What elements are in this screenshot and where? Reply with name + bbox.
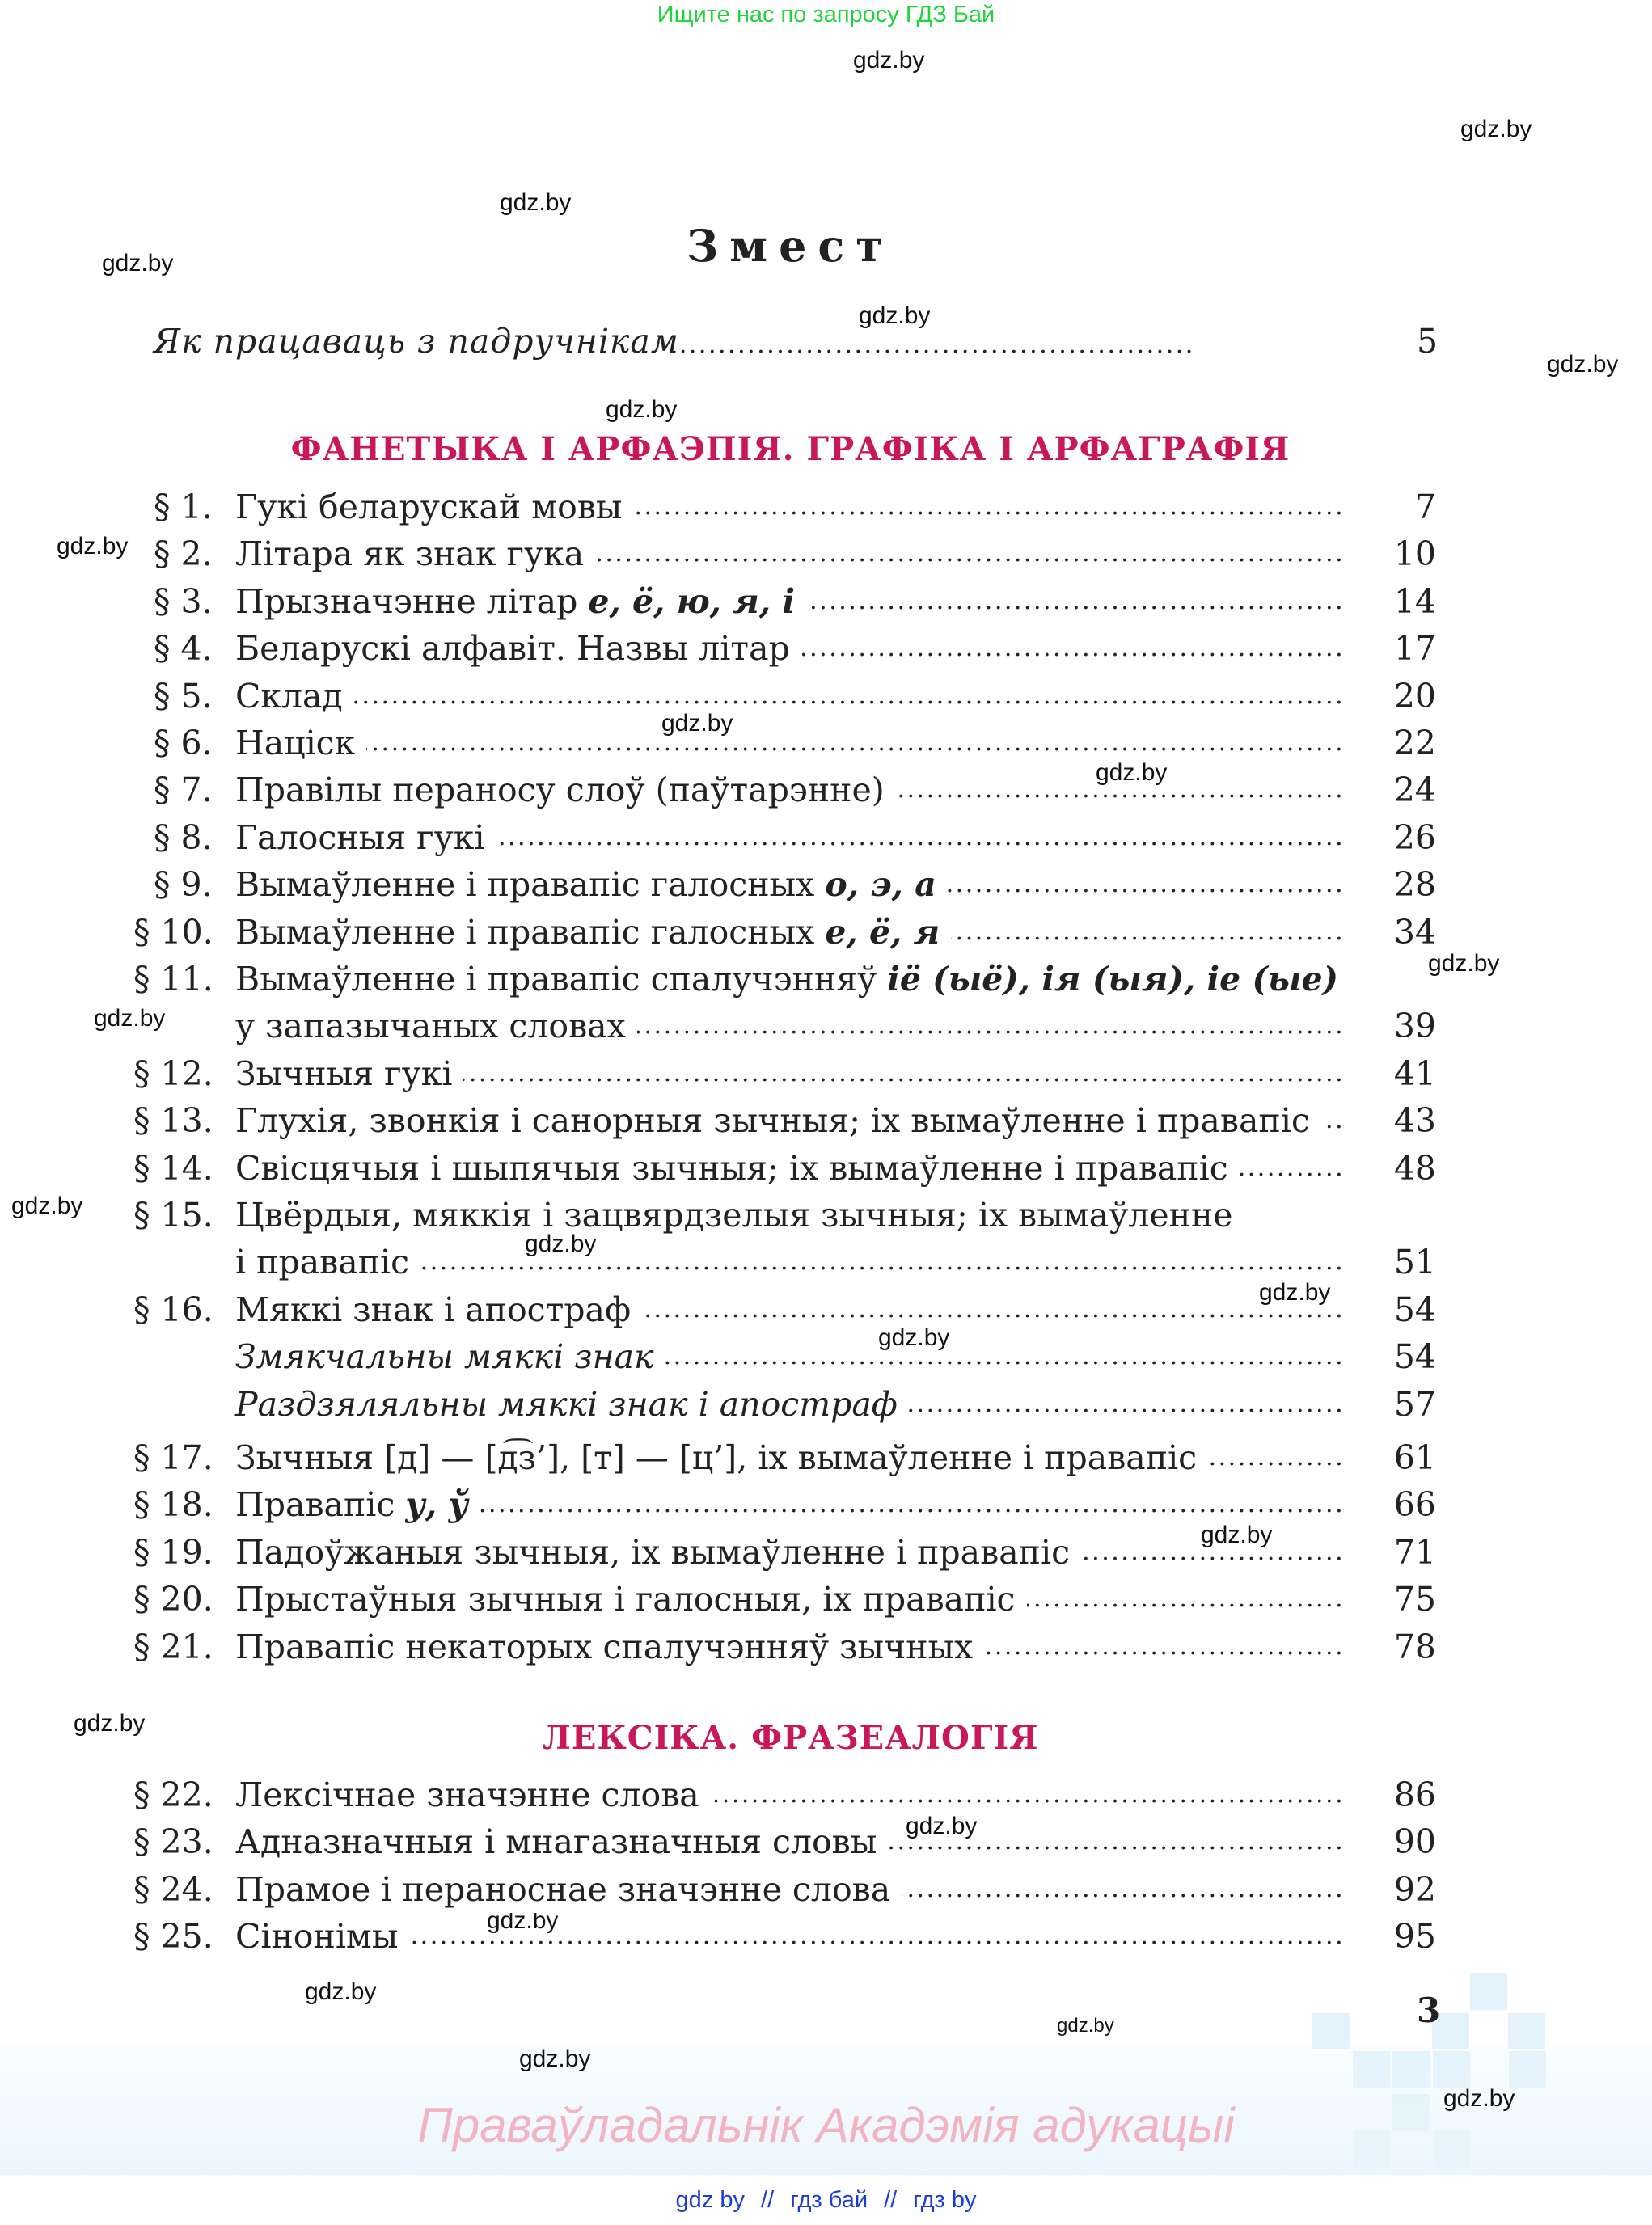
watermark: gdz.by bbox=[74, 1710, 145, 1737]
section-number: § 7. bbox=[154, 766, 213, 813]
toc-entry-continuation[interactable]: ........................................… bbox=[0, 1003, 1652, 1049]
entry-text: Галосныя гукі bbox=[235, 818, 484, 857]
toc-subentry[interactable]: ........................................… bbox=[0, 1333, 1652, 1380]
watermark: gdz.by bbox=[1057, 2015, 1114, 2037]
toc-entry[interactable]: § 22....................................… bbox=[0, 1771, 1652, 1818]
footer-separator: // bbox=[761, 2187, 774, 2213]
toc-entry[interactable]: § 9.....................................… bbox=[0, 861, 1652, 908]
toc-entry[interactable]: § 16....................................… bbox=[0, 1286, 1652, 1333]
copyright-notice: Праваўладальнік Акадэмія адукацыі bbox=[0, 2097, 1652, 2153]
entry-title: Літара як знак гука bbox=[235, 530, 595, 577]
entry-page: 7 bbox=[1415, 483, 1436, 530]
toc-entry[interactable]: § 6.....................................… bbox=[0, 720, 1652, 766]
entry-title: Прызначэнне літар е, ё, ю, я, і bbox=[235, 578, 806, 625]
entry-page: 95 bbox=[1394, 1913, 1436, 1960]
deco-square bbox=[1470, 1973, 1507, 2010]
entry-title: Правілы пераносу слоў (паўтарэнне) bbox=[235, 766, 896, 813]
entry-text: Правапіс некаторых спалучэнняў зычных bbox=[235, 1628, 973, 1666]
entry-page: 54 bbox=[1394, 1286, 1436, 1333]
watermark: gdz.by bbox=[1460, 116, 1532, 143]
entry-page: 57 bbox=[1394, 1381, 1436, 1428]
section-number: § 12. bbox=[133, 1050, 213, 1097]
toc-entry[interactable]: § 11.Вымаўленне і правапіс спалучэнняў і… bbox=[0, 956, 1652, 1003]
entry-title: у запазычаных словах bbox=[235, 1003, 637, 1049]
entry-text: Адназначныя і мнагазначныя словы bbox=[235, 1822, 877, 1861]
toc-entry[interactable]: § 12....................................… bbox=[0, 1050, 1652, 1097]
entry-text: Цвёрдыя, мяккія і зацвярдзелыя зычныя; і… bbox=[235, 1196, 1233, 1235]
entry-page: 24 bbox=[1394, 766, 1436, 813]
toc-entry[interactable]: § 20....................................… bbox=[0, 1576, 1652, 1623]
footer-separator: // bbox=[884, 2187, 897, 2213]
toc-entry[interactable]: § 8.....................................… bbox=[0, 814, 1652, 861]
watermark: gdz.by bbox=[102, 250, 173, 277]
entry-title: Правапіс некаторых спалучэнняў зычных bbox=[235, 1623, 984, 1670]
entry-title: Цвёрдыя, мяккія і зацвярдзелыя зычныя; і… bbox=[235, 1192, 1244, 1239]
toc-entry[interactable]: § 5.....................................… bbox=[0, 673, 1652, 720]
entry-text: Свісцячыя і шыпячыя зычныя; іх вымаўленн… bbox=[235, 1149, 1228, 1188]
entry-title: Прыстаўныя зычныя і галосныя, іх правапі… bbox=[235, 1576, 1027, 1623]
entry-emphasis: о, э, а bbox=[825, 865, 936, 904]
entry-text: Раздзяляльны мяккі знак і апостраф bbox=[235, 1385, 898, 1424]
entry-page: 10 bbox=[1394, 530, 1436, 577]
section-number: § 23. bbox=[133, 1818, 213, 1865]
toc-entry[interactable]: § 7.....................................… bbox=[0, 766, 1652, 813]
entry-title: Вымаўленне і правапіс галосных о, э, а bbox=[235, 861, 948, 908]
section-number: § 3. bbox=[154, 578, 213, 625]
entry-title: Глухія, звонкія і санорныя зычныя; іх вы… bbox=[235, 1097, 1321, 1144]
section-number: § 8. bbox=[154, 814, 213, 861]
entry-page: 92 bbox=[1394, 1866, 1436, 1913]
entry-page: 22 bbox=[1394, 720, 1436, 766]
entry-text: Націск bbox=[235, 724, 355, 762]
section-heading-phonetics: ФАНЕТЫКА І АРФАЭПІЯ. ГРАФІКА І АРФАГРАФІ… bbox=[0, 430, 1581, 468]
toc-entry[interactable]: § 21....................................… bbox=[0, 1623, 1652, 1670]
entry-text: Зычныя [д] — [д͡з’], [т] — [ц’], іх выма… bbox=[235, 1438, 1197, 1477]
entry-page: 17 bbox=[1394, 625, 1436, 672]
section-number: § 18. bbox=[133, 1481, 213, 1528]
entry-text: Правілы пераносу слоў (паўтарэнне) bbox=[235, 771, 885, 809]
entry-page: 86 bbox=[1394, 1771, 1436, 1818]
watermark: gdz.by bbox=[57, 533, 128, 560]
entry-text: Сінонімы bbox=[235, 1917, 398, 1956]
entry-emphasis: у, ў bbox=[405, 1485, 468, 1524]
entry-title: Зычныя гукі bbox=[235, 1050, 463, 1097]
entry-text: Прызначэнне літар bbox=[235, 582, 588, 621]
entry-title: Правапіс у, ў bbox=[235, 1481, 480, 1528]
entry-text: Гукі беларускай мовы bbox=[235, 488, 623, 526]
toc-entry[interactable]: § 15.Цвёрдыя, мяккія і зацвярдзелыя зычн… bbox=[0, 1192, 1652, 1239]
entry-page: 75 bbox=[1394, 1576, 1436, 1623]
entry-title: Склад bbox=[235, 673, 354, 720]
entry-text: Мяккі знак і апостраф bbox=[235, 1290, 631, 1329]
intro-label: Як працаваць з падручнікам bbox=[154, 322, 679, 361]
entry-text: Вымаўленне і правапіс галосных bbox=[235, 913, 825, 952]
entry-page: 78 bbox=[1394, 1623, 1436, 1670]
toc-entry[interactable]: § 3.....................................… bbox=[0, 578, 1652, 625]
intro-page: 5 bbox=[1417, 322, 1438, 361]
entry-title: Вымаўленне і правапіс спалучэнняў іё (ыё… bbox=[235, 956, 1350, 1003]
watermark: gdz.by bbox=[500, 189, 571, 217]
entry-page: 14 bbox=[1394, 578, 1436, 625]
entry-text: Зычныя гукі bbox=[235, 1054, 452, 1093]
watermark: gdz.by bbox=[1428, 950, 1499, 977]
entry-title: Націск bbox=[235, 720, 366, 766]
entry-text: і правапіс bbox=[235, 1243, 409, 1281]
section-number: § 24. bbox=[133, 1866, 213, 1913]
entry-text: Прыстаўныя зычныя і галосныя, іх правапі… bbox=[235, 1580, 1016, 1619]
section-number: § 5. bbox=[154, 673, 213, 720]
section-number: § 6. bbox=[154, 720, 213, 766]
section-number: § 15. bbox=[133, 1192, 213, 1239]
section-number: § 9. bbox=[154, 861, 213, 908]
section-number: § 2. bbox=[154, 530, 213, 577]
section-number: § 10. bbox=[133, 909, 213, 956]
entry-page: 20 bbox=[1394, 673, 1436, 720]
leader-dots: ........................................… bbox=[235, 720, 1341, 766]
section-number: § 4. bbox=[154, 625, 213, 672]
entry-title: Змякчальны мяккі знак bbox=[235, 1333, 665, 1380]
entry-page: 51 bbox=[1394, 1239, 1436, 1286]
entry-page: 34 bbox=[1394, 909, 1436, 956]
entry-title: і правапіс bbox=[235, 1239, 420, 1286]
entry-page: 43 bbox=[1394, 1097, 1436, 1144]
footer-link-gdz-by[interactable]: gdz by bbox=[676, 2187, 745, 2213]
footer-links: gdz by // гдз бай // гдз by bbox=[0, 2187, 1652, 2214]
entry-page: 26 bbox=[1394, 814, 1436, 861]
watermark: gdz.by bbox=[1443, 2085, 1515, 2113]
entry-title: Свісцячыя і шыпячыя зычныя; іх вымаўленн… bbox=[235, 1145, 1240, 1192]
entry-title: Адназначныя і мнагазначныя словы bbox=[235, 1818, 888, 1865]
toc-entry-continuation[interactable]: ........................................… bbox=[0, 1239, 1652, 1286]
entry-page: 48 bbox=[1394, 1145, 1436, 1192]
entry-text: Вымаўленне і правапіс галосных bbox=[235, 865, 825, 904]
toc-entry[interactable]: § 25....................................… bbox=[0, 1913, 1652, 1960]
entry-emphasis: е, ё, ю, я, і bbox=[588, 582, 795, 621]
watermark: gdz.by bbox=[606, 396, 677, 424]
entry-title: Вымаўленне і правапіс галосных е, ё, я bbox=[235, 909, 951, 956]
search-banner: Ищите нас по запросу ГДЗ Бай bbox=[0, 2, 1652, 28]
toc-entry[interactable]: § 17....................................… bbox=[0, 1434, 1652, 1481]
toc-entry[interactable]: § 13....................................… bbox=[0, 1097, 1652, 1144]
section-number: § 13. bbox=[133, 1097, 213, 1144]
entry-text: Падоўжаныя зычныя, іх вымаўленне і права… bbox=[235, 1533, 1070, 1572]
entry-title: Лексічнае значэнне слова bbox=[235, 1771, 711, 1818]
entry-title: Галосныя гукі bbox=[235, 814, 496, 861]
toc-entry[interactable]: § 14....................................… bbox=[0, 1145, 1652, 1192]
entry-text: Змякчальны мяккі знак bbox=[235, 1337, 654, 1376]
footer-link-gdz-bai[interactable]: гдз бай bbox=[790, 2187, 868, 2213]
entry-text: Прамое і пераноснае значэнне слова bbox=[235, 1870, 890, 1909]
watermark: gdz.by bbox=[519, 2046, 590, 2073]
watermark: gdz.by bbox=[859, 302, 930, 330]
section-number: § 11. bbox=[133, 956, 213, 1003]
entry-text: Беларускі алфавіт. Назвы літар bbox=[235, 629, 790, 668]
entry-page: 71 bbox=[1394, 1529, 1436, 1576]
toc-entry[interactable]: § 2.....................................… bbox=[0, 530, 1652, 577]
entry-emphasis: е, ё, я bbox=[825, 913, 940, 952]
entry-page: 54 bbox=[1394, 1333, 1436, 1380]
section-heading-lexicon: ЛЕКСІКА. ФРАЗЕАЛОГІЯ bbox=[0, 1719, 1581, 1757]
watermark: gdz.by bbox=[11, 1193, 82, 1220]
toc-subentry[interactable]: ........................................… bbox=[0, 1381, 1652, 1428]
toc-entry[interactable]: § 1.....................................… bbox=[0, 483, 1652, 530]
toc-entry[interactable]: § 10....................................… bbox=[0, 909, 1652, 956]
page-title: Змест bbox=[0, 220, 1581, 272]
entry-title: Падоўжаныя зычныя, іх вымаўленне і права… bbox=[235, 1529, 1081, 1576]
toc-entry[interactable]: § 19....................................… bbox=[0, 1529, 1652, 1576]
entry-text: Літара як знак гука bbox=[235, 534, 584, 573]
deco-square bbox=[1312, 2013, 1350, 2049]
section-number: § 20. bbox=[133, 1576, 213, 1623]
entry-page: 28 bbox=[1394, 861, 1436, 908]
page-number: 3 bbox=[1417, 1991, 1440, 2030]
section-number: § 17. bbox=[133, 1434, 213, 1481]
leader-dots: ........................................… bbox=[235, 673, 1341, 720]
section-number: § 21. bbox=[133, 1623, 213, 1670]
entry-text: Склад bbox=[235, 677, 343, 716]
entry-title: Сінонімы bbox=[235, 1913, 409, 1960]
entry-page: 61 bbox=[1394, 1434, 1436, 1481]
entry-text: Правапіс bbox=[235, 1485, 405, 1524]
entry-title: Зычныя [д] — [д͡з’], [т] — [ц’], іх выма… bbox=[235, 1434, 1208, 1481]
watermark: gdz.by bbox=[1547, 351, 1618, 378]
section-number: § 16. bbox=[133, 1286, 213, 1333]
entry-text: Вымаўленне і правапіс спалучэнняў bbox=[235, 960, 887, 999]
watermark: gdz.by bbox=[305, 1978, 376, 2006]
section-number: § 19. bbox=[133, 1529, 213, 1576]
section-number: § 14. bbox=[133, 1145, 213, 1192]
toc-entry[interactable]: § 24....................................… bbox=[0, 1866, 1652, 1913]
watermark: gdz.by bbox=[853, 47, 924, 74]
section-number: § 1. bbox=[154, 483, 213, 530]
toc-entry[interactable]: § 23....................................… bbox=[0, 1818, 1652, 1865]
entry-page: 41 bbox=[1394, 1050, 1436, 1097]
entry-title: Беларускі алфавіт. Назвы літар bbox=[235, 625, 801, 672]
footer-link-gdz-by-cyr[interactable]: гдз by bbox=[913, 2187, 976, 2213]
watermark: gdz.by bbox=[94, 1005, 165, 1032]
leader-dots: ........................................… bbox=[679, 331, 1195, 359]
entry-title: Гукі беларускай мовы bbox=[235, 483, 634, 530]
entry-title: Прамое і пераноснае значэнне слова bbox=[235, 1866, 902, 1913]
toc-intro-entry[interactable]: Як працаваць з падручнікам..............… bbox=[154, 322, 1195, 361]
entry-text: Глухія, звонкія і санорныя зычныя; іх вы… bbox=[235, 1101, 1310, 1140]
toc-entry[interactable]: § 18....................................… bbox=[0, 1481, 1652, 1528]
section-number: § 25. bbox=[133, 1913, 213, 1960]
entry-text: Лексічнае значэнне слова bbox=[235, 1775, 699, 1814]
entry-page: 66 bbox=[1394, 1481, 1436, 1528]
deco-square bbox=[1508, 2013, 1545, 2049]
entry-page: 39 bbox=[1394, 1003, 1436, 1049]
entry-emphasis: іё (ыё), ія (ыя), іе (ые) bbox=[887, 960, 1338, 999]
section-number: § 22. bbox=[133, 1771, 213, 1818]
entry-text: у запазычаных словах bbox=[235, 1007, 626, 1045]
toc-entry[interactable]: § 4.....................................… bbox=[0, 625, 1652, 672]
entry-page: 90 bbox=[1394, 1818, 1436, 1865]
entry-title: Раздзяляльны мяккі знак і апостраф bbox=[235, 1381, 909, 1428]
entry-title: Мяккі знак і апостраф bbox=[235, 1286, 642, 1333]
